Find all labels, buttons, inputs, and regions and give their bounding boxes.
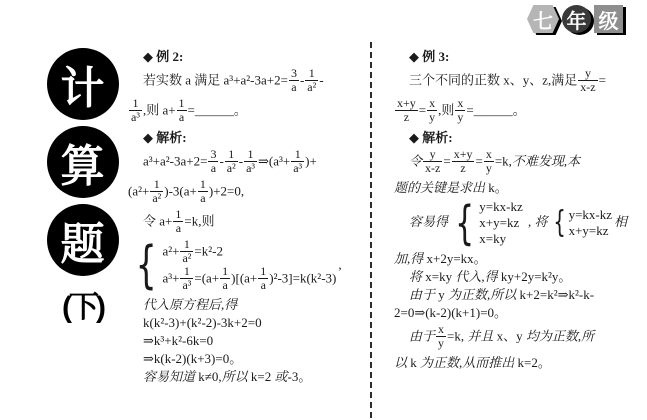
- text-kai: 以: [394, 355, 407, 370]
- system-row: y=kx-kz: [569, 207, 612, 223]
- text-run: =: [599, 72, 606, 87]
- text-run: =k²-2: [194, 243, 223, 258]
- grade-badge-shape-square: 级: [594, 5, 623, 33]
- system-row: a²+1a²=k²-2: [162, 239, 336, 266]
- text-kai: 或: [275, 369, 288, 384]
- text-line: (a²+1a²)-3(a+1a)+2=0,: [128, 179, 366, 206]
- text-run: =k,则: [184, 213, 214, 228]
- grade-badge-char: 七: [527, 5, 559, 33]
- fraction: 1a³: [180, 265, 193, 292]
- text-run: x+2y=kx。: [423, 251, 486, 266]
- text-run: )+2=0,: [209, 183, 244, 198]
- text-run: =(a+: [194, 270, 219, 285]
- text-line: ⇒k(k-2)(k+3)=0。: [128, 350, 366, 367]
- text-run: =: [475, 153, 482, 168]
- fraction: 1a: [173, 208, 183, 235]
- fraction: 1a²: [305, 67, 318, 94]
- heading-line: ◆ 例 2:: [128, 48, 366, 65]
- fraction: 1a²: [180, 238, 193, 265]
- text-kai: 令: [409, 153, 422, 168]
- text-run: ◆ 解析:: [143, 130, 187, 145]
- text-run: y=kx-kz: [569, 207, 612, 222]
- text-run: ⇒k(k-2)(k+3)=0。: [143, 351, 242, 366]
- text-run: ,则: [438, 102, 454, 117]
- text-run: 若实数 a 满足 a³+a²-3a+2=: [143, 72, 288, 87]
- text-line: 以 k 为正数,从而推出 k=2。: [394, 354, 646, 371]
- text-line: 由于 y 为正数,所以 k+2=k²⇒k²-k-: [394, 286, 646, 303]
- text-run: k(k²-3)+(k²-2)-3k+2=0: [143, 315, 262, 330]
- text-run: -: [319, 72, 323, 87]
- left-brace: {: [553, 207, 565, 239]
- fraction: 1a²: [225, 148, 238, 175]
- left-brace: {: [455, 199, 474, 247]
- column-divider: [370, 42, 372, 418]
- title-char-circle: 计: [47, 48, 119, 120]
- text-line: 令 a+1a=k,则: [128, 209, 366, 236]
- text-line: {a²+1a²=k²-2a³+1a³=(a+1a)[(a+1a)²-3]=k(k…: [128, 239, 366, 293]
- grade-badge-shape-hexagon: 七: [527, 5, 559, 33]
- text-run: -3。: [288, 369, 312, 384]
- fraction: 3a: [289, 67, 299, 94]
- text-line: 代入原方程后,得: [128, 296, 366, 313]
- text-kai: 相: [614, 214, 627, 229]
- equation-system: {y=kx-kzx+y=kzx=ky: [450, 199, 523, 247]
- text-line: 加,得 x+2y=kx。: [394, 250, 646, 267]
- text-run: -: [300, 72, 304, 87]
- text-line: 1a³,则 a+1a=______。: [128, 98, 366, 125]
- text-run: k。: [485, 180, 508, 195]
- text-run: y: [435, 287, 448, 302]
- text-run: =: [419, 102, 426, 117]
- text-run: x=ky: [479, 231, 506, 246]
- text-line: 三个不同的正数 x、y、z,满足yx-z=: [394, 68, 646, 95]
- system-row: x+y=kz: [479, 215, 522, 231]
- text-run: )+: [305, 153, 317, 168]
- text-run: k=2。: [514, 355, 551, 370]
- text-run: =______。: [188, 102, 247, 117]
- text-line: 将 x=ky 代入,得 ky+2y=k²y。: [394, 268, 646, 285]
- text-line: ⇒k³+k²-6k=0: [128, 332, 366, 349]
- text-run: k: [407, 355, 420, 370]
- title-char-circle: 题: [47, 204, 119, 276]
- text-run: ◆ 例 2:: [143, 49, 183, 64]
- text-line: 令yx-z=x+yz=xy=k,不难发现,本: [394, 149, 646, 176]
- text-run: x=ky: [422, 269, 455, 284]
- text-kai: 加,得: [394, 251, 423, 266]
- text-kai: 均为正数,所: [526, 328, 594, 343]
- text-run: ⇒(a³+: [258, 153, 290, 168]
- text-run: 令 a+: [143, 213, 172, 228]
- text-line: 容易知道 k≠0,所以 k=2 或-3。: [128, 368, 366, 385]
- heading-line: ◆ 例 3:: [394, 48, 646, 65]
- text-run: a³+a²-3a+2=: [143, 153, 207, 168]
- text-line: 容易得{y=kx-kzx+y=kzx=ky , 将{y=kx-kzx+y=kz相: [394, 199, 646, 247]
- text-run: ◆ 解析:: [409, 130, 453, 145]
- text-run: x+y=kz: [569, 223, 609, 238]
- grade-badge-shape-circle: 年: [562, 5, 591, 33]
- text-run: a²+: [162, 243, 179, 258]
- system-row: a³+1a³=(a+1a)[(a+1a)²-3]=k(k²-3): [162, 266, 336, 293]
- fraction: x+yz: [452, 148, 475, 175]
- fraction: 1a: [177, 97, 187, 124]
- fraction: xy: [455, 97, 465, 124]
- grade-badge-char: 级: [594, 5, 623, 33]
- text-line: 2=0⇒(k-2)(k+1)=0。: [394, 304, 646, 321]
- text-kai: 题的关键是求出: [394, 180, 485, 195]
- text-kai: 并且: [467, 328, 493, 343]
- text-kai: 为正数,从而推出: [420, 355, 514, 370]
- text-run: 2=0⇒(k-2)(k+1)=0。: [394, 305, 507, 320]
- fraction: xy: [436, 323, 446, 350]
- text-run: (a²+: [128, 183, 149, 198]
- fraction: yx-z: [423, 148, 442, 175]
- text-line: a³+a²-3a+2=3a-1a²-1a³⇒(a³+1a³)+: [128, 149, 366, 176]
- text-run: -: [219, 153, 223, 168]
- text-kai: 将: [409, 269, 422, 284]
- title-char-circle: 算: [47, 126, 119, 198]
- fraction: 1a: [198, 178, 208, 205]
- text-run: ky+2y=k²y。: [498, 269, 572, 284]
- text-run: -: [239, 153, 243, 168]
- text-kai: 容易得: [409, 214, 448, 229]
- text-run: )²-3]=k(k²-3): [269, 270, 336, 285]
- text-run: =k,: [447, 328, 467, 343]
- text-run: k+2=k²⇒k²-k-: [516, 287, 594, 302]
- text-run: ◆ 例 3:: [409, 49, 449, 64]
- text-run: x+y=kz: [479, 215, 519, 230]
- fraction: x+yz: [395, 97, 418, 124]
- text-kai: 由于: [409, 287, 435, 302]
- text-run: =______。: [466, 102, 525, 117]
- text-line: 若实数 a 满足 a³+a²-3a+2=3a-1a²-: [128, 68, 366, 95]
- text-kai: 为正数,所以: [448, 287, 516, 302]
- text-kai: 代入,得: [455, 269, 497, 284]
- text-run: )[(a+: [231, 270, 257, 285]
- text-kai: 不难发现,本: [512, 153, 580, 168]
- text-run: =k,: [495, 153, 512, 168]
- text-run: y=kx-kz: [479, 199, 522, 214]
- text-run: k=2: [248, 369, 275, 384]
- text-kai: 所以: [222, 369, 248, 384]
- system-row: y=kx-kz: [479, 199, 522, 215]
- text-run: 三个不同的正数 x、y、z,满足: [409, 72, 577, 87]
- text-line: 由于xy=k, 并且 x、y 均为正数,所: [394, 324, 646, 351]
- heading-line: ◆ 解析:: [128, 129, 366, 146]
- grade-badge: 七年级: [524, 5, 623, 33]
- text-kai: 容易知道: [143, 369, 195, 384]
- system-row: x=ky: [479, 231, 522, 247]
- column-left: ◆ 例 2:若实数 a 满足 a³+a²-3a+2=3a-1a²-1a³,则 a…: [128, 44, 366, 386]
- equation-system: {a²+1a²=k²-2a³+1a³=(a+1a)[(a+1a)²-3]=k(k…: [130, 239, 336, 293]
- heading-line: ◆ 解析:: [394, 129, 646, 146]
- text-run: =: [443, 153, 450, 168]
- column-right: ◆ 例 3:三个不同的正数 x、y、z,满足yx-z=x+yz=xy,则xy=_…: [394, 44, 646, 372]
- text-run: k≠0,: [195, 369, 222, 384]
- fraction: 1a²: [150, 178, 163, 205]
- left-brace: {: [136, 239, 157, 293]
- fraction: xy: [427, 97, 437, 124]
- text-line: k(k²-3)+(k²-2)-3k+2=0: [128, 314, 366, 331]
- vertical-title: 计算题 (下): [46, 48, 119, 326]
- fraction: 1a³: [244, 148, 257, 175]
- text-run: ⇒k³+k²-6k=0: [143, 333, 213, 348]
- text-kai: 将: [534, 214, 547, 229]
- fraction: yx-z: [578, 67, 597, 94]
- fraction: 1a: [258, 265, 268, 292]
- text-line: 题的关键是求出 k。: [394, 179, 646, 196]
- text-line: x+yz=xy,则xy=______。: [394, 98, 646, 125]
- title-circles: 计算题: [46, 48, 119, 276]
- text-run: a³+: [162, 270, 179, 285]
- title-suffix: (下): [46, 282, 119, 326]
- text-kai: 代入原方程后,得: [143, 297, 237, 312]
- text-run: ,则 a+: [143, 102, 176, 117]
- fraction: 1a: [220, 265, 230, 292]
- system-row: x+y=kz: [569, 223, 612, 239]
- text-run: )-3(a+: [164, 183, 197, 198]
- grade-badge-char: 年: [562, 5, 591, 33]
- text-run: ,: [338, 257, 341, 272]
- text-kai: 由于: [409, 328, 435, 343]
- fraction: 1a³: [291, 148, 304, 175]
- worksheet-page: 七年级 计算题 (下) ◆ 例 2:若实数 a 满足 a³+a²-3a+2=3a…: [0, 0, 647, 420]
- text-run: x、y: [493, 328, 526, 343]
- fraction: xy: [484, 148, 494, 175]
- equation-system: {y=kx-kzx+y=kz: [550, 207, 613, 239]
- fraction: 1a³: [129, 97, 142, 124]
- fraction: 3a: [208, 148, 218, 175]
